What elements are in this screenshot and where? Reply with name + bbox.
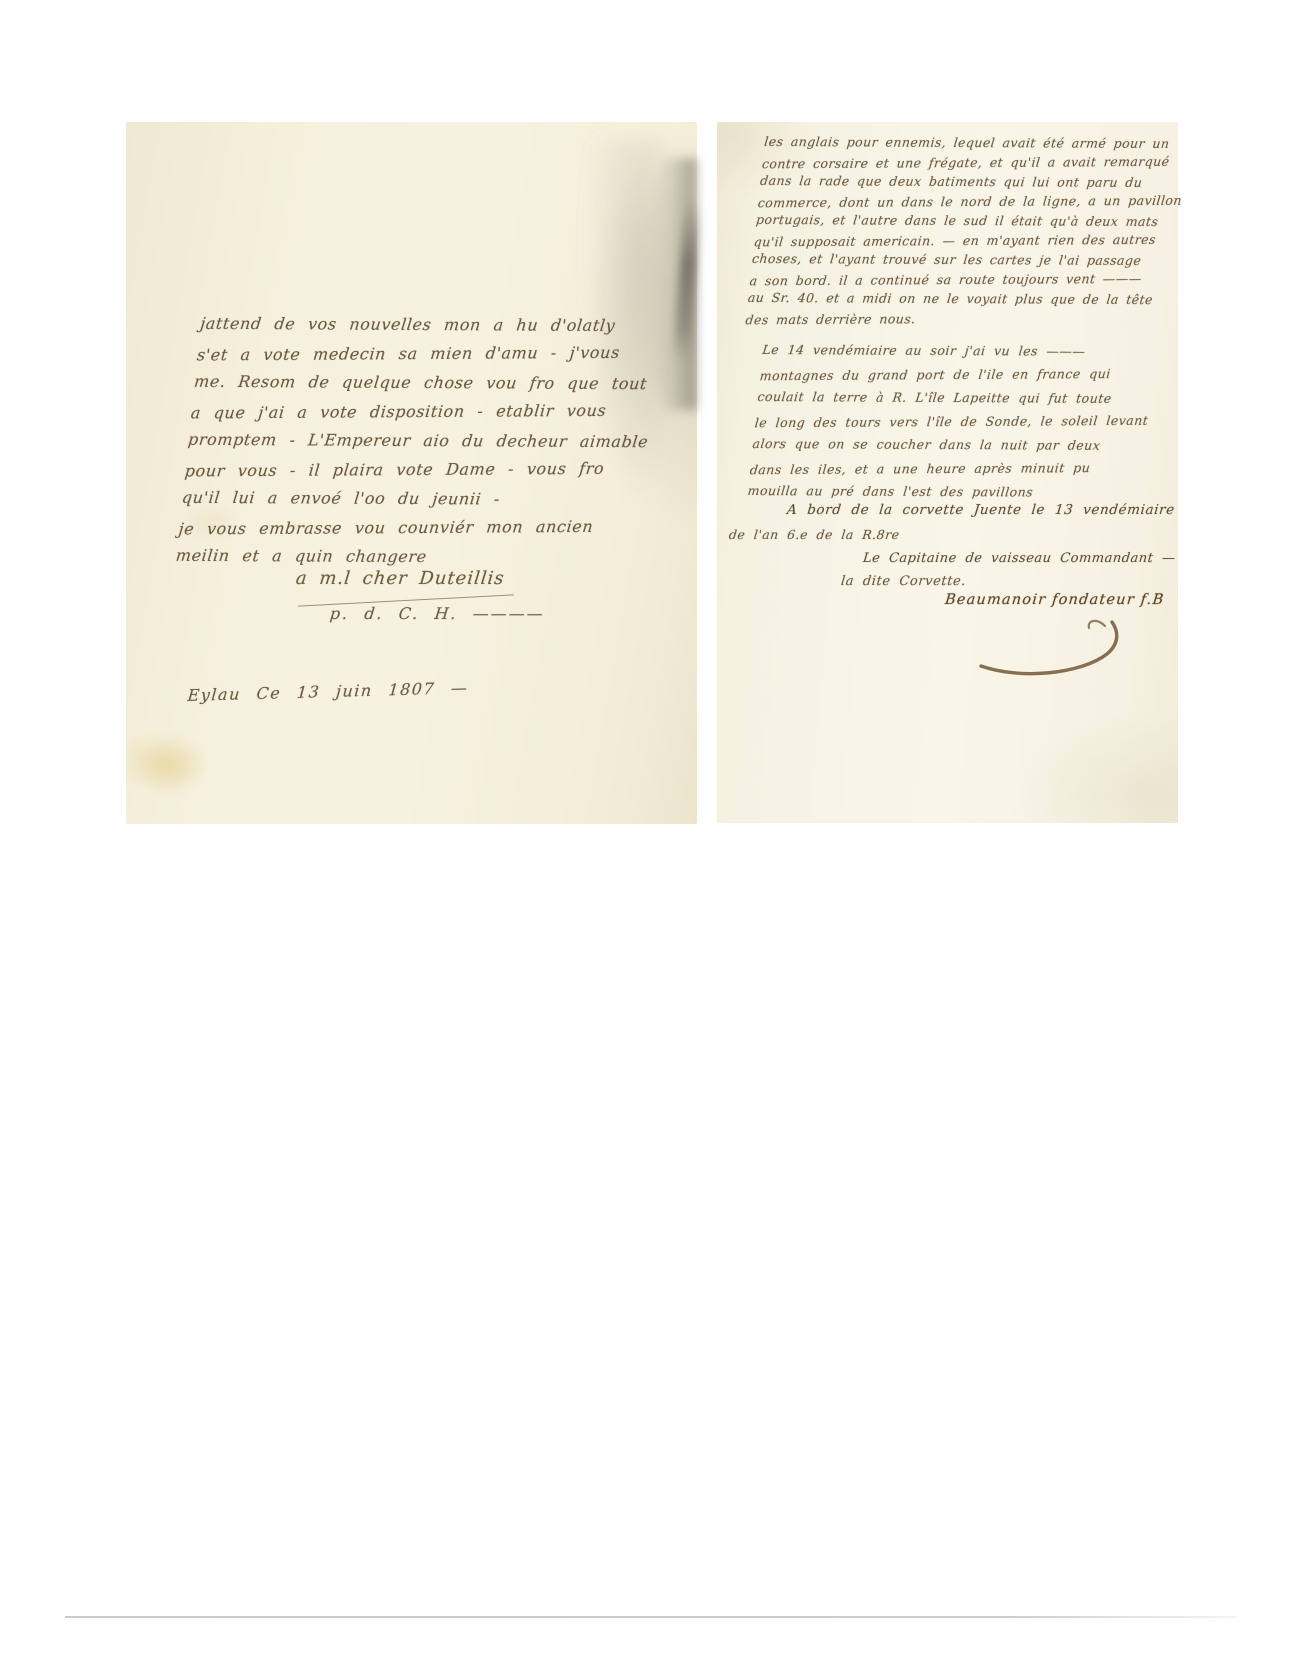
letter-paragraph-1: les anglais pour ennemis, lequel avait é… [745,133,1189,328]
handwritten-line: qu'il lui a envoé l'oo du jeunii - [180,483,643,514]
handwritten-line: Le 14 vendémiaire au soir j'ai vu les ——… [761,338,1157,364]
handwritten-line: alors que on se coucher dans la nuit par… [751,432,1147,458]
postscript-line: p. d. C. H. ———— [329,604,546,623]
letter-paragraph-2: Le 14 vendémiaire au soir j'ai vu les ——… [746,339,1157,504]
handwritten-line: montagnes du grand port de l'ile en fran… [759,361,1155,387]
handwritten-line: je vous embrasse vou counviér mon ancien [177,512,641,544]
place-date-line: A bord de la corvette Juente le 13 vendé… [786,502,1175,518]
handwritten-line: mouilla au pré dans l'est des pavillons [746,479,1142,505]
handwritten-line: portugais, et l'autre dans le sud il éta… [755,210,1181,232]
handwritten-line: dans la rade que deux batiments qui lui … [759,171,1185,193]
handwritten-line: des mats derrière nous. [745,307,1171,329]
handwritten-line: pour vous - il plaira vote Dame - vous f… [183,454,647,486]
handwritten-line: commerce, dont un dans le nord de la lig… [757,190,1183,212]
footer-divider [65,1616,1236,1618]
handwritten-line: a son bord. il a continué sa route toujo… [749,268,1175,290]
signoff-title-line: Le Capitaine de vaisseau Commandant — [862,551,1176,566]
signature-line: a m.l cher Duteillis [295,568,506,589]
manuscript-left: jattend de vos nouvelles mon a hu d'olat… [126,122,697,824]
handwritten-line: au Sr. 40. et a midi on ne le voyait plu… [747,288,1173,310]
age-stain [136,740,206,796]
handwritten-line: a que j'ai a vote disposition - etablir … [189,396,653,428]
handwritten-line: qu'il supposait americain. — en m'ayant … [753,229,1179,251]
handwritten-line: choses, et l'ayant trouvé sur les cartes… [751,249,1177,271]
letter-body: jattend de vos nouvelles mon a hu d'olat… [174,310,662,571]
handwritten-line: le long des tours vers l'île de Sonde, l… [754,408,1150,434]
handwritten-line: jattend de vos nouvelles mon a hu d'olat… [199,309,662,340]
handwritten-line: s'et a vote medecin sa mien d'amu - j'vo… [196,338,660,370]
catalog-page: jattend de vos nouvelles mon a hu d'olat… [0,0,1301,1672]
place-date-line-2: de l'an 6.e de la R.8re [728,527,900,542]
handwritten-line: promptem - L'Empereur aio du decheur aim… [187,425,650,456]
signoff-title-line-2: la dite Corvette. [840,574,967,589]
handwritten-line: me. Resom de quelque chose vou fro que t… [193,367,656,398]
signature-line: Beaumanoir fondateur f.B [944,592,1165,608]
signature-paraph-flourish [969,616,1125,694]
handwritten-line: coulait la terre à R. L'île Lapeitte qui… [756,385,1152,411]
handwritten-line: dans les iles, et a une heure après minu… [749,455,1145,481]
manuscript-right: les anglais pour ennemis, lequel avait é… [717,122,1178,823]
dateline: Eylau Ce 13 juin 1807 — [187,678,469,705]
handwritten-line: contre corsaire et une frégate, et qu'il… [761,151,1187,173]
handwritten-line: les anglais pour ennemis, lequel avait é… [763,132,1189,154]
